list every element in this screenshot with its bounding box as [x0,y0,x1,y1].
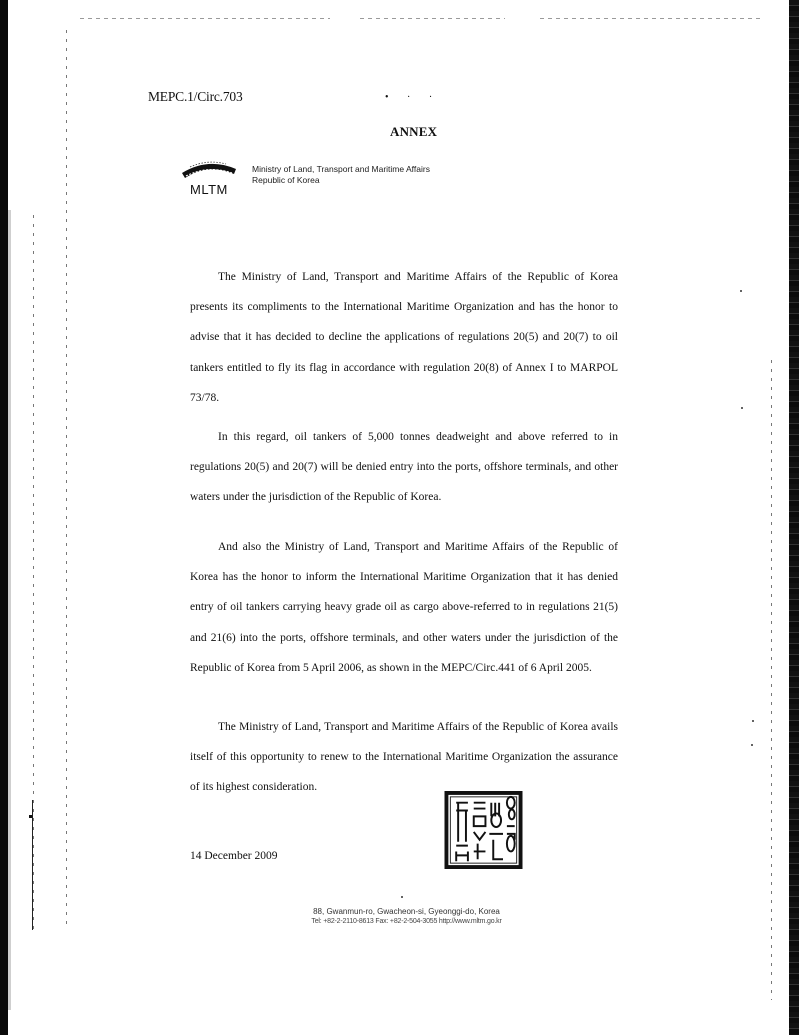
scan-dash-line [540,18,760,19]
scan-speck [752,720,754,722]
annex-title: ANNEX [390,124,437,140]
scan-speck [741,407,743,409]
scan-edge-left [0,0,8,1035]
paragraph: The Ministry of Land, Transport and Mari… [190,262,618,413]
scan-edge-left-shadow [8,210,11,1010]
footer-address: 88, Gwanmun-ro, Gwacheon-si, Gyeonggi-do… [0,907,799,916]
signature-date: 14 December 2009 [190,850,278,862]
paragraph: And also the Ministry of Land, Transport… [190,532,618,683]
scan-speck [401,896,403,898]
ministry-country: Republic of Korea [252,175,320,185]
official-seal-icon [444,791,523,869]
paragraph: In this regard, oil tankers of 5,000 ton… [190,422,618,513]
document-reference: MEPC.1/Circ.703 [148,89,243,105]
paragraph: The Ministry of Land, Transport and Mari… [190,712,618,803]
logo-text: MLTM [190,182,228,197]
header-marks: • · · [385,92,440,103]
scan-edge-right [789,0,799,1035]
scan-dash-line [360,18,505,19]
scan-dash-line [33,215,34,935]
scan-dash-line [80,18,330,19]
ministry-name: Ministry of Land, Transport and Maritime… [252,164,430,174]
scan-dash-line [771,360,772,1000]
scan-speck [751,744,753,746]
footer-contact: Tel: +82-2-2110-8613 Fax: +82-2-504-3055… [0,918,799,925]
scan-dash-line [66,30,67,930]
scan-speck [740,290,742,292]
